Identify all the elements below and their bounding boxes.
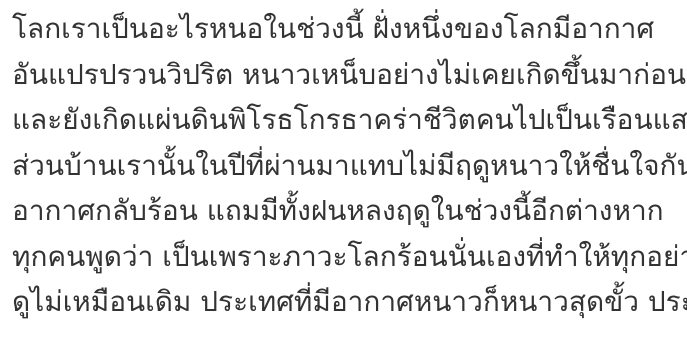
paragraph-line-6: ทุกคนพูดว่า เป็นเพราะภาวะโลกร้อนนั่นเองท… bbox=[12, 234, 682, 280]
paragraph-line-3: และยังเกิดแผ่นดินพิโรธโกรธาคร่าชีวิตคนไป… bbox=[12, 97, 682, 143]
paragraph-line-5: อากาศกลับร้อน แถมมีทั้งฝนหลงฤดูในช่วงนี้… bbox=[12, 188, 682, 234]
paragraph-line-1: โลกเราเป็นอะไรหนอในช่วงนี้ ฝั่งหนึ่งของโ… bbox=[12, 6, 682, 52]
paragraph-line-7: ดูไม่เหมือนเดิม ประเทศที่มีอากาศหนาวก็หน… bbox=[12, 279, 682, 325]
document-body: โลกเราเป็นอะไรหนอในช่วงนี้ ฝั่งหนึ่งของโ… bbox=[12, 6, 682, 325]
paragraph-line-4: ส่วนบ้านเรานั้นในปีที่ผ่านมาแทบไม่มีฤดูห… bbox=[12, 143, 682, 189]
paragraph-line-2: อันแปรปรวนวิปริต หนาวเหน็บอย่างไม่เคยเกิ… bbox=[12, 52, 682, 98]
